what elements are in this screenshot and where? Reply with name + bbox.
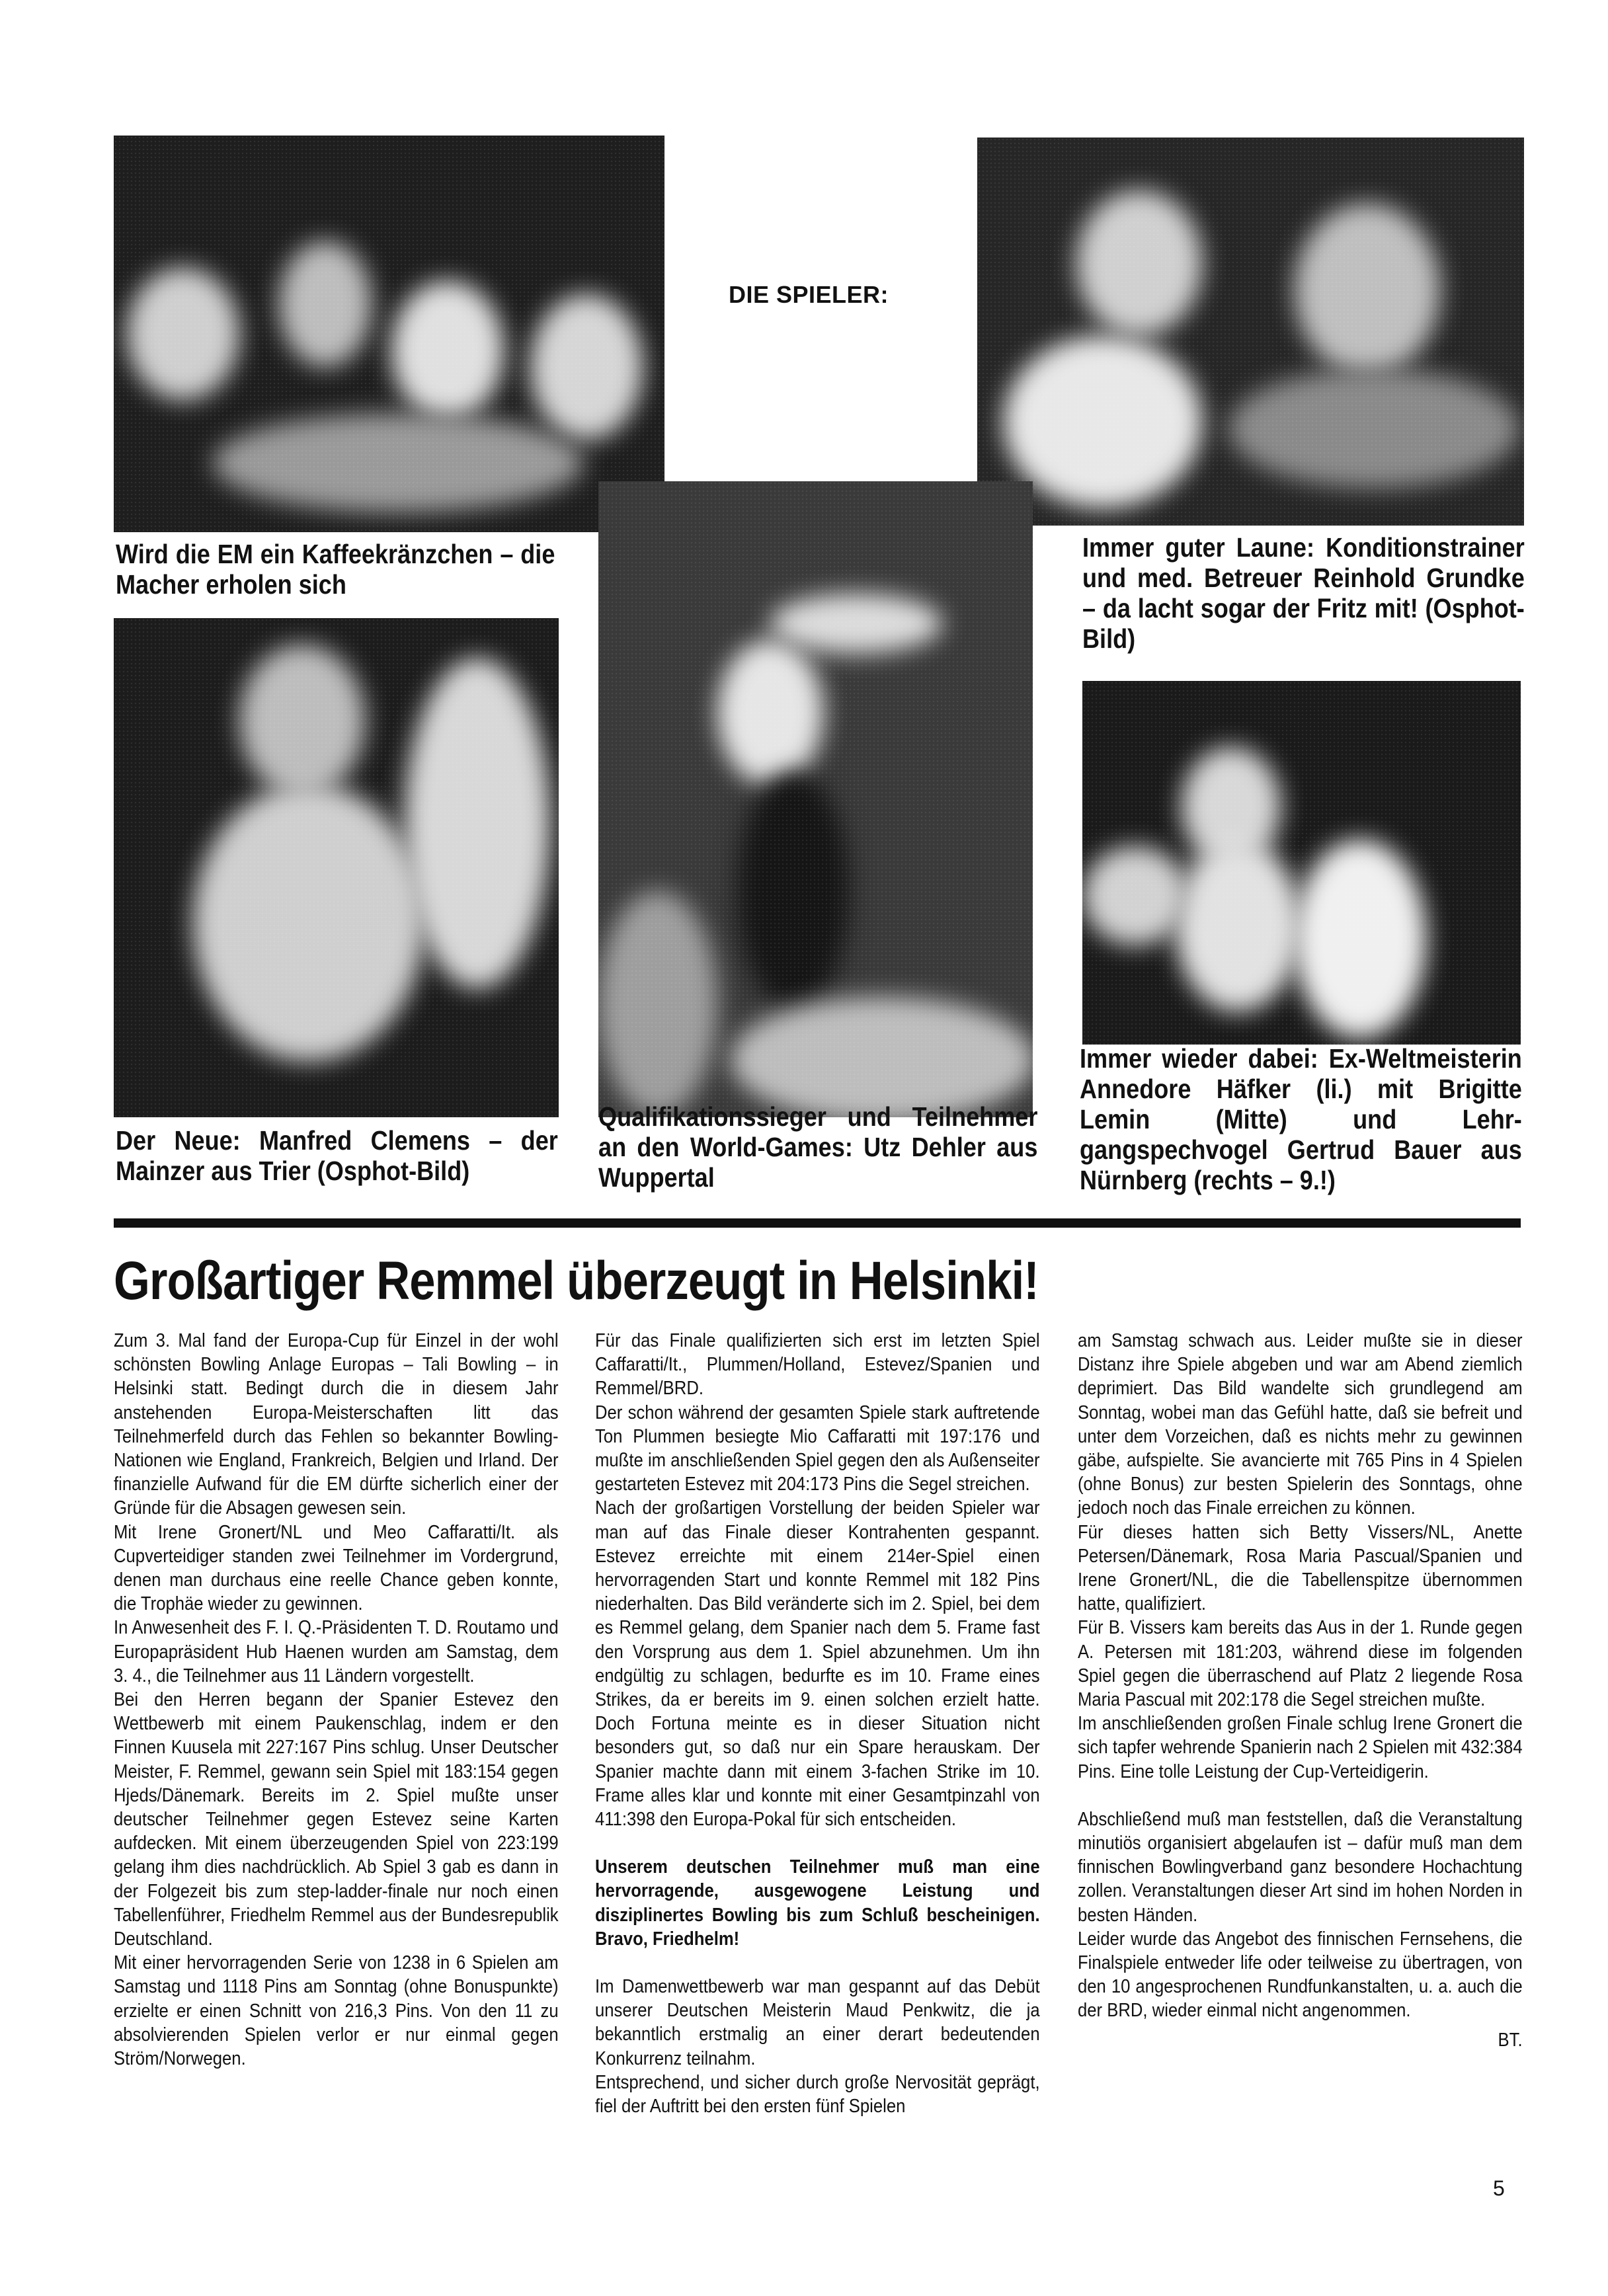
paragraph: Für B. Vissers kam bereits das Aus in de… [1078, 1616, 1523, 1712]
paragraph: Zum 3. Mal fand der Europa-Cup für Einze… [114, 1329, 559, 1521]
photo-officials-table [114, 136, 664, 532]
paragraph: Nach der großartigen Vorstellung der bei… [595, 1496, 1040, 1831]
page-number: 5 [1493, 2176, 1505, 2201]
article-column-1: Zum 3. Mal fand der Europa-Cup für Einze… [114, 1329, 559, 2071]
photo-bowler-delivery [598, 481, 1033, 1117]
paragraph: Abschließend muß man feststellen, daß di… [1078, 1807, 1523, 1927]
caption-women: Immer wieder dabei: Ex-Weltmei­sterin An… [1080, 1043, 1522, 1195]
photo-manfred-clemens [114, 618, 559, 1117]
paragraph: Bei den Herren begann der Spanier Esteve… [114, 1688, 559, 1951]
caption-officials: Wird die EM ein Kaffeekränzchen – die Ma… [116, 539, 555, 600]
author-signature: BT. [1078, 2028, 1523, 2052]
paragraph: Mit einer hervorragenden Serie von 1238 … [114, 1951, 559, 2071]
photo-women-players [1082, 681, 1521, 1045]
highlight-paragraph: Unserem deutschen Teilnehmer muß man ein… [595, 1855, 1040, 1951]
horizontal-rule [114, 1218, 1521, 1228]
paragraph: Der schon während der gesamten Spiele st… [595, 1401, 1040, 1497]
paragraph: Im Damenwettbewerb war man gespannt auf … [595, 1975, 1040, 2071]
paragraph: Leider wurde das Angebot des finnischen … [1078, 1927, 1523, 2023]
article-column-2: Für das Finale qualifizierten sich erst … [595, 1329, 1040, 2118]
paragraph: In Anwesenheit des F. I. Q.-Präsidenten … [114, 1616, 559, 1688]
section-label: DIE SPIELER: [729, 281, 889, 309]
caption-manfred: Der Neue: Manfred Clemens – der Mainzer … [116, 1125, 558, 1186]
paragraph: Entsprechend, und sicher durch große Ner… [595, 2071, 1040, 2118]
photo-coaches-laughing [977, 138, 1524, 526]
paragraph: Im anschließenden großen Finale schlug I… [1078, 1712, 1523, 1784]
article-column-3: am Samstag schwach aus. Leider mußte sie… [1078, 1329, 1523, 2052]
paragraph: Für das Finale qualifizierten sich erst … [595, 1329, 1040, 1401]
paragraph: Mit Irene Gronert/NL und Meo Caffaratti/… [114, 1521, 559, 1616]
caption-coaches: Immer guter Laune: Konditions­trainer un… [1082, 532, 1525, 654]
paragraph: am Samstag schwach aus. Leider mußte sie… [1078, 1329, 1523, 1521]
article-headline: Großartiger Remmel überzeugt in Helsinki… [114, 1248, 1039, 1314]
caption-bowler: Qualifikationssieger und Teilneh­mer an … [598, 1101, 1037, 1193]
paragraph: Für dieses hatten sich Betty Vissers/NL,… [1078, 1521, 1523, 1616]
